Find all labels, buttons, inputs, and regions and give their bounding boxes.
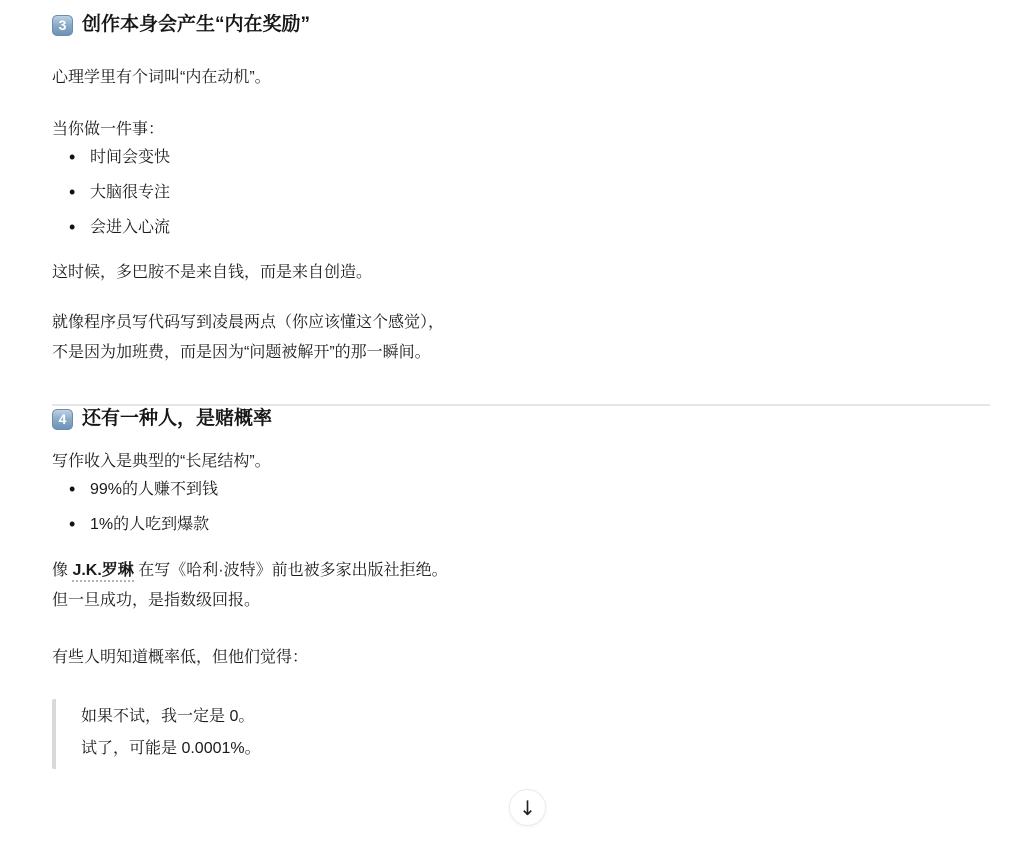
paragraph: 像 J.K.罗琳 在写《哈利·波特》前也被多家出版社拒绝。 但一旦成功，是指数级…	[52, 556, 990, 616]
section-3-heading: 3 创作本身会产生“内在奖励”	[52, 0, 990, 38]
bullet-list: 99%的人赚不到钱 1%的人吃到爆款	[52, 476, 990, 539]
paragraph: 当你做一件事：	[52, 116, 990, 144]
paragraph: 写作收入是典型的“长尾结构”。	[52, 448, 990, 476]
paragraph-line: 就像程序员写代码写到凌晨两点（你应该懂这个感觉），	[52, 314, 444, 331]
paragraph-line: 但一旦成功，是指数级回报。	[52, 592, 260, 609]
scroll-to-bottom-button[interactable]: ↓	[509, 789, 546, 826]
keycap-4-icon: 4	[52, 409, 73, 430]
list-item: 大脑很专注	[52, 179, 990, 207]
paragraph-line: 不是因为加班费，而是因为“问题被解开”的那一瞬间。	[52, 344, 431, 361]
paragraph: 心理学里有个词叫“内在动机”。	[52, 64, 990, 92]
paragraph: 有些人明知道概率低，但他们觉得：	[52, 644, 990, 672]
message-content: 3 创作本身会产生“内在奖励” 心理学里有个词叫“内在动机”。 当你做一件事： …	[52, 0, 990, 769]
quote-line: 试了，可能是 0.0001%。	[81, 740, 261, 757]
quote-line: 如果不试，我一定是 0。	[81, 708, 254, 725]
bullet-list: 时间会变快 大脑很专注 会进入心流	[52, 144, 990, 242]
list-item: 1%的人吃到爆款	[52, 511, 990, 539]
list-item: 时间会变快	[52, 144, 990, 172]
list-item: 会进入心流	[52, 214, 990, 242]
paragraph: 这时候，多巴胺不是来自钱，而是来自创造。	[52, 259, 990, 287]
author-name-highlight: J.K.罗琳	[72, 562, 133, 582]
arrow-down-icon: ↓	[519, 798, 536, 818]
list-item: 99%的人赚不到钱	[52, 476, 990, 504]
section-3-heading-text: 创作本身会产生“内在奖励”	[82, 12, 310, 38]
keycap-3-icon: 3	[52, 15, 73, 36]
section-4-heading: 4 还有一种人，是赌概率	[52, 406, 990, 432]
paragraph-text: 像	[52, 562, 72, 579]
paragraph-text: 在写《哈利·波特》前也被多家出版社拒绝。	[134, 562, 448, 579]
paragraph: 就像程序员写代码写到凌晨两点（你应该懂这个感觉）， 不是因为加班费，而是因为“问…	[52, 308, 990, 368]
section-4-heading-text: 还有一种人，是赌概率	[82, 406, 272, 432]
quote-block: 如果不试，我一定是 0。 试了，可能是 0.0001%。	[52, 699, 990, 769]
